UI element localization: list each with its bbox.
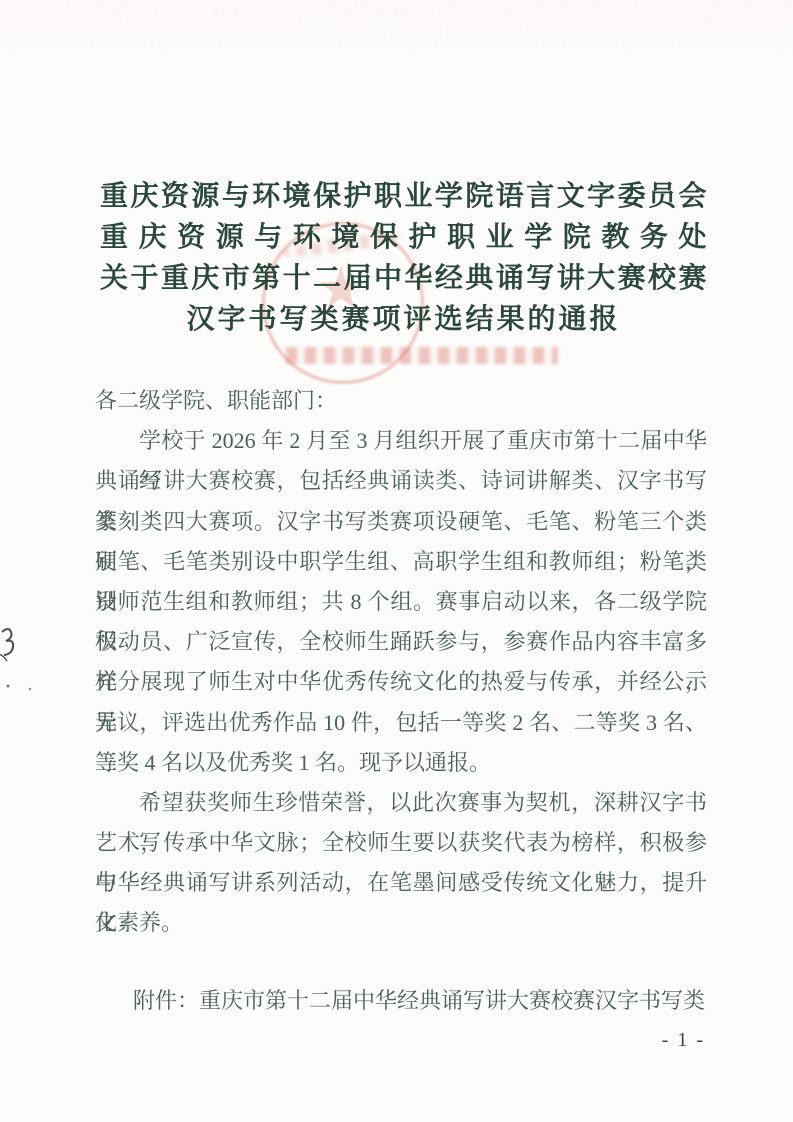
attachment-line: 附件：重庆市第十二届中华经典诵写讲大赛校赛汉字书写类: [95, 981, 707, 1021]
scan-noise-band: [0, 0, 793, 60]
body-line: 等奖 4 名以及优秀奖 1 名。现予以通报。: [95, 743, 707, 783]
notice-body: 各二级学院、职能部门： 学校于 2026 年 2 月至 3 月组织开展了重庆市第…: [95, 381, 707, 944]
body-line: 艺术，传承中华文脉；全校师生要以获奖代表为榜样，积极参与: [95, 823, 707, 863]
scan-edge-artifact: [0, 620, 40, 710]
salutation-line: 各二级学院、职能部门：: [95, 381, 707, 421]
title-line-2: 重庆资源与环境保护职业学院教务处: [100, 217, 707, 258]
body-line: 篆刻类四大赛项。汉字书写类赛项设硬笔、毛笔、粉笔三个类别，: [95, 502, 707, 542]
notice-title: 重庆资源与环境保护职业学院语言文字委员会 重庆资源与环境保护职业学院教务处 关于…: [100, 176, 707, 340]
body-line: 化素养。: [95, 903, 707, 943]
body-line: 学校于 2026 年 2 月至 3 月组织开展了重庆市第十二届中华经: [95, 421, 707, 461]
body-line: 异议，评选出优秀作品 10 件，包括一等奖 2 名、二等奖 3 名、三: [95, 703, 707, 743]
seal-text-smudge: [286, 347, 558, 364]
body-line: 中华经典诵写讲系列活动，在笔墨间感受传统文化魅力，提升文: [95, 863, 707, 903]
body-line: 典诵写讲大赛校赛，包括经典诵读类、诗词讲解类、汉字书写类、: [95, 461, 707, 501]
title-line-3: 关于重庆市第十二届中华经典诵写讲大赛校赛: [100, 258, 707, 299]
body-line: 充分展现了师生对中华优秀传统文化的热爱与传承，并经公示无: [95, 662, 707, 702]
body-line: 极动员、广泛宣传，全校师生踊跃参与，参赛作品内容丰富多样，: [95, 622, 707, 662]
title-line-1: 重庆资源与环境保护职业学院语言文字委员会: [100, 176, 707, 217]
body-line: 设师范生组和教师组；共 8 个组。赛事启动以来，各二级学院积: [95, 582, 707, 622]
document-page: 重庆资源与环境保护职业学院语言文字委员会 重庆资源与环境保护职业学院教务处 关于…: [0, 0, 793, 1122]
title-line-4: 汉字书写类赛项评选结果的通报: [100, 299, 707, 340]
body-line: 硬笔、毛笔类别设中职学生组、高职学生组和教师组；粉笔类别: [95, 542, 707, 582]
page-number: - 1 -: [662, 1026, 705, 1054]
body-line: 希望获奖师生珍惜荣誉，以此次赛事为契机，深耕汉字书写: [95, 783, 707, 823]
